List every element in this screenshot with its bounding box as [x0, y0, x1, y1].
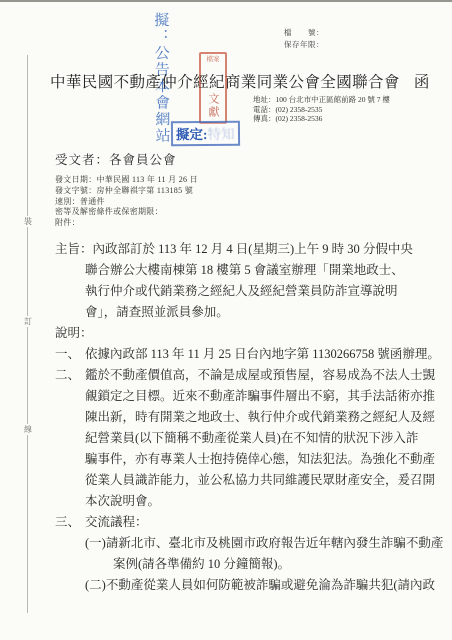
binding-char-xian: 線 — [23, 424, 33, 435]
item-marker: 一、 — [55, 344, 85, 365]
explanation-item-2: 二、鑑於不動產價值高，不論是成屋或預售屋，容易成為不法人士覬 — [55, 365, 431, 386]
document-title-row: 中華民國不動產仲介經紀商業同業公會全國聯合會 函 — [50, 70, 430, 92]
subject-line: 會」，請查照並派員參加。 — [55, 302, 431, 323]
scan-edge-strip — [0, 0, 452, 2]
contact-block: 地址：100 台北市中正區館前路 20 號 7 樓 電話：(02) 2358-2… — [253, 95, 390, 124]
fax-line: 傳真：(02) 2358-2536 — [253, 114, 390, 124]
item-text: 依據內政部 113 年 11 月 25 日台內地字第 1130266758 號函… — [85, 347, 440, 361]
explanation-item-1: 一、依據內政部 113 年 11 月 25 日台內地字第 1130266758 … — [55, 344, 431, 365]
binding-line — [27, 55, 28, 613]
issue-date: 發文日期：中華民國 113 年 11 月 26 日 — [55, 175, 198, 186]
explanation-item-2-line: 本次說明會。 — [55, 491, 431, 512]
draft-stamp-faint-text: 特知 — [207, 127, 234, 142]
document-type: 函 — [414, 70, 430, 92]
draft-stamp-label: 擬定: — [176, 127, 208, 142]
explanation-item-2-line: 陳出新，時有開業之地政士、執行仲介或代銷業務之經紀人及經 — [55, 407, 431, 428]
binding-char-zhuang: 裝 — [23, 216, 33, 227]
file-number-block: 檔 號： 保存年限： — [284, 27, 324, 51]
security-class: 密等及解密條件或保密期限： — [55, 207, 198, 218]
document-meta-block: 發文日期：中華民國 113 年 11 月 26 日 發文字號：房仲全聯祺字第 1… — [55, 175, 198, 229]
retention-period-label: 保存年限： — [284, 39, 324, 51]
subject-line: 主旨：內政部訂於 113 年 12 月 4 日(星期三)上午 9 時 30 分假… — [55, 239, 431, 260]
document-page: 檔 號： 保存年限： 擬：公告本會網站 檔案 文獻 中華民國不動產仲介經紀商業同… — [0, 0, 452, 640]
stamp-top-text: 檔案 — [207, 56, 220, 64]
item-marker: 三、 — [55, 512, 85, 533]
explanation-item-2-line: 從業人員識詐能力，並公私協力共同維護民眾財產安全，爰召開 — [55, 470, 431, 491]
item-text: 交流議程： — [85, 515, 148, 529]
explanation-heading: 說明： — [55, 323, 431, 344]
sub-item-3-2-line: (二)不動產從業人員如何防範被詐騙或避免淪為詐騙共犯(請內政 — [55, 575, 431, 596]
draft-approval-stamp: 擬定:特知 — [171, 121, 240, 147]
item-marker: 二、 — [55, 365, 85, 386]
organization-title: 中華民國不動產仲介經紀商業同業公會全國聯合會 — [50, 70, 400, 92]
document-body: 主旨：內政部訂於 113 年 12 月 4 日(星期三)上午 9 時 30 分假… — [55, 239, 431, 596]
address-line: 地址：100 台北市中正區館前路 20 號 7 樓 — [253, 95, 390, 105]
recipient-line: 受文者：各會員公會 — [55, 150, 177, 168]
item-text: 鑑於不動產價值高，不論是成屋或預售屋，容易成為不法人士覬 — [85, 368, 435, 382]
speed-class: 速別：普通件 — [55, 197, 198, 208]
phone-line: 電話：(02) 2358-2535 — [253, 105, 390, 115]
explanation-item-2-line: 覦鎖定之目標。近來不動產詐騙事件層出不窮，其手法話術亦推 — [55, 386, 431, 407]
explanation-item-3: 三、交流議程： — [55, 512, 431, 533]
binding-char-ding: 訂 — [23, 316, 33, 327]
file-number-label: 檔 號： — [284, 27, 324, 39]
sub-item-3-1-line: 案例(請各準備約 10 分鐘簡報)。 — [55, 554, 431, 575]
subject-line: 聯合辦公大樓南棟第 18 樓第 5 會議室辦理「開業地政士、 — [55, 260, 431, 281]
attachment-label: 附件： — [55, 218, 198, 229]
sub-item-3-1-line: (一)請新北市、臺北市及桃園市政府報告近年轄內發生詐騙不動產 — [55, 533, 431, 554]
explanation-item-2-line: 騙事件，亦有專業人士抱持僥倖心態，知法犯法。為強化不動產 — [55, 449, 431, 470]
explanation-item-2-line: 紀營業員(以下簡稱不動產從業人員)在不知情的狀況下涉入詐 — [55, 428, 431, 449]
document-number: 發文字號：房仲全聯祺字第 113185 號 — [55, 186, 198, 197]
stamp-body-text: 文獻 — [205, 93, 221, 119]
subject-line: 執行仲介或代銷業務之經紀人及經紀營業員防詐宣導說明 — [55, 281, 431, 302]
